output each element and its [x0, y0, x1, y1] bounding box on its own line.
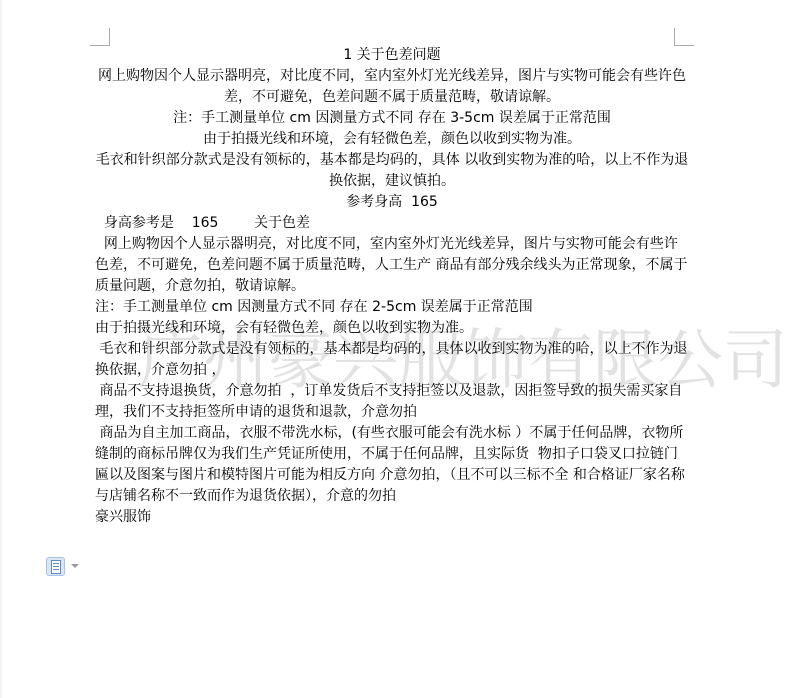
paragraph: 毛衣和针织部分款式是没有领标的，基本都是均码的，具体 以收到实物为准的哈，以上不…	[95, 150, 689, 192]
paragraph: 由于拍摄光线和环境，会有轻微色差，颜色以收到实物为准。	[95, 129, 689, 150]
paragraph: 注：手工测量单位 cm 因测量方式不同 存在 2-5cm 误差属于正常范围	[95, 297, 689, 318]
paragraph: 商品为自主加工商品，衣服不带洗水标，(有些衣服可能会有洗水标 ）不属于任何品牌，…	[95, 423, 689, 507]
shop-signature: 豪兴服饰	[95, 507, 689, 528]
paste-options-icon	[46, 557, 65, 576]
paragraph: 商品不支持退换货，介意勿拍 ，订单发货后不支持拒签以及退款，因拒签导致的损失需买…	[95, 381, 689, 423]
text-boundary-mark-top-right	[674, 28, 694, 46]
paragraph: 毛衣和针织部分款式是没有领标的，基本都是均码的，具体以收到实物为准的哈，以上不作…	[95, 339, 689, 381]
paragraph: 网上购物因个人显示器明亮，对比度不同，室内室外灯光光线差异，图片与实物可能会有些…	[95, 66, 689, 108]
paragraph: 注：手工测量单位 cm 因测量方式不同 存在 3-5cm 误差属于正常范围	[95, 108, 689, 129]
text-boundary-mark-top-left	[90, 28, 110, 46]
document-body: 1 关于色差问题 网上购物因个人显示器明亮，对比度不同，室内室外灯光光线差异，图…	[95, 45, 689, 528]
paragraph: 由于拍摄光线和环境，会有轻微色差，颜色以收到实物为准。	[95, 318, 689, 339]
document-page: 广州豪兴服饰有限公司 1 关于色差问题 网上购物因个人显示器明亮，对比度不同，室…	[0, 0, 792, 698]
reference-height-line: 参考身高 165	[95, 192, 689, 213]
paragraph: 网上购物因个人显示器明亮，对比度不同，室内室外灯光光线差异，图片与实物可能会有些…	[95, 234, 689, 297]
section-heading: 身高参考是 165 关于色差	[95, 213, 689, 234]
paste-options-button[interactable]	[46, 556, 80, 576]
canvas-edge	[0, 0, 2, 698]
chevron-down-icon[interactable]	[71, 564, 79, 568]
section-title: 1 关于色差问题	[95, 45, 689, 66]
